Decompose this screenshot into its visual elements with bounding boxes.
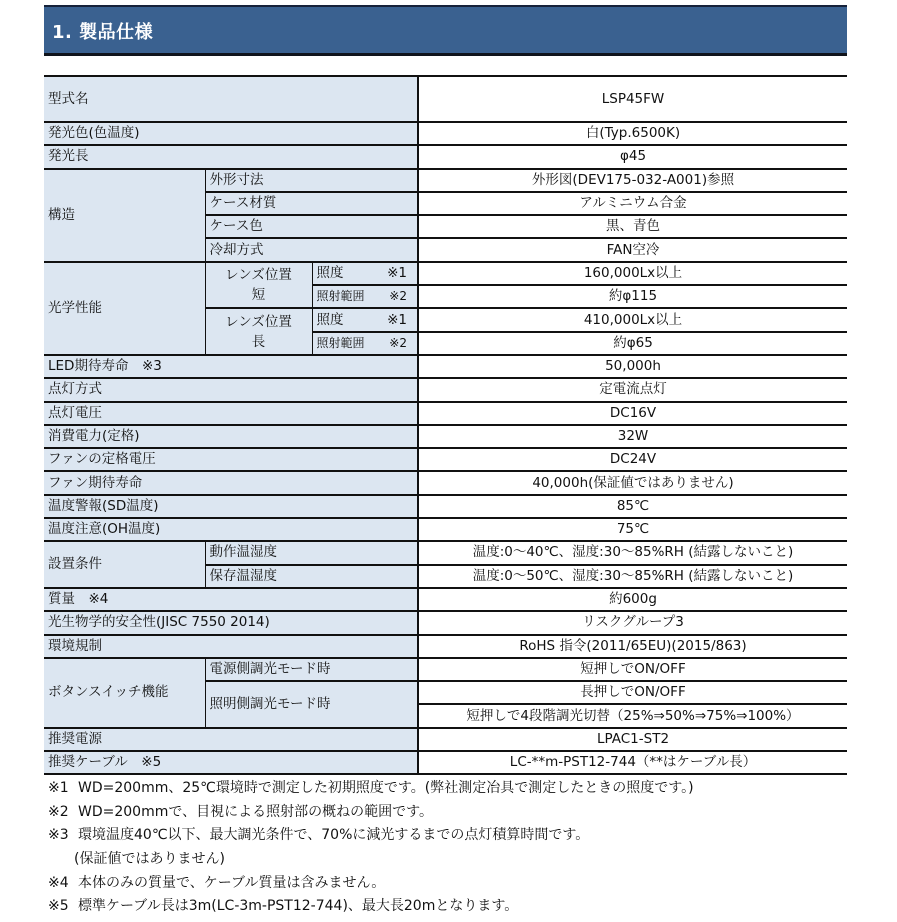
- footnote: ※1WD=200mm、25℃環境時で測定した初期照度です。(弊社測定冶具で測定し…: [48, 777, 694, 801]
- note-mark: ※2: [389, 287, 413, 306]
- row-label: 照射範囲※2: [312, 285, 418, 308]
- row-value: リスクグループ3: [418, 611, 847, 634]
- footnote-mark: ※2: [48, 801, 78, 825]
- row-value: 約φ65: [418, 332, 847, 355]
- row-label: 温度注意(OH温度): [44, 518, 418, 541]
- row-label: 照度※1: [312, 308, 418, 331]
- row-value: 85℃: [418, 495, 847, 518]
- footnote: ※4本体のみの質量で、ケーブル質量は含みません。: [48, 872, 694, 896]
- row-label: 保存温湿度: [205, 565, 418, 588]
- table-row: 点灯電圧DC16V: [44, 402, 847, 425]
- footnote: ※5標準ケーブル長は3m(LC-3m-PST12-744)、最大長20mとなりま…: [48, 895, 694, 919]
- row-value: 160,000Lx以上: [418, 262, 847, 285]
- table-row: LED期待寿命 ※350,000h: [44, 355, 847, 378]
- table-row: 温度注意(OH温度)75℃: [44, 518, 847, 541]
- footnote: ※3環境温度40℃以下、最大調光条件で、70%に減光するまでの点灯積算時間です。: [48, 824, 694, 848]
- row-label: 照明側調光モード時: [205, 681, 418, 728]
- row-label: ケース材質: [205, 192, 418, 215]
- row-value: DC16V: [418, 402, 847, 425]
- table-row: 環境規制RoHS 指令(2011/65EU)(2015/863): [44, 635, 847, 658]
- footnote-text: 標準ケーブル長は3m(LC-3m-PST12-744)、最大長20mとなります。: [78, 898, 518, 914]
- table-row: 質量 ※4約600g: [44, 588, 847, 611]
- footnote-text: WD=200mmで、目視による照射部の概ねの範囲です。: [78, 804, 433, 820]
- row-value: 短押しでON/OFF: [418, 658, 847, 681]
- row-label-model: 型式名: [44, 76, 418, 122]
- group-label-optical: 光学性能: [44, 262, 205, 355]
- table-row: 推奨電源LPAC1-ST2: [44, 728, 847, 751]
- footnote-text: WD=200mm、25℃環境時で測定した初期照度です。(弊社測定冶具で測定したと…: [78, 780, 694, 796]
- row-label: ファン期待寿命: [44, 471, 418, 494]
- row-value: φ45: [418, 145, 847, 168]
- note-mark: ※1: [387, 311, 413, 330]
- row-label: 推奨電源: [44, 728, 418, 751]
- row-value: DC24V: [418, 448, 847, 471]
- row-label: 点灯方式: [44, 378, 418, 401]
- row-value: FAN空冷: [418, 238, 847, 261]
- lens-position-long: レンズ位置長: [205, 308, 312, 355]
- footnote-text: 本体のみの質量で、ケーブル質量は含みません。: [78, 875, 385, 891]
- row-value: 約600g: [418, 588, 847, 611]
- row-value: 温度:0～50℃、湿度:30～85%RH (結露しないこと): [418, 565, 847, 588]
- footnote-mark: ※4: [48, 872, 78, 896]
- row-value: LC-**m-PST12-744（**はケーブル長）: [418, 751, 847, 774]
- row-value: アルミニウム合金: [418, 192, 847, 215]
- row-value: 短押しで4段階調光切替（25%⇒50%⇒75%⇒100%）: [418, 704, 847, 727]
- footnote-mark: ※1: [48, 777, 78, 801]
- row-value: 外形図(DEV175-032-A001)参照: [418, 169, 847, 192]
- table-row: 光学性能 レンズ位置短 照度※1 160,000Lx以上: [44, 262, 847, 285]
- row-label: ファンの定格電圧: [44, 448, 418, 471]
- section-title: 1. 製品仕様: [52, 18, 153, 44]
- row-value: 白(Typ.6500K): [418, 122, 847, 145]
- row-label: 質量 ※4: [44, 588, 418, 611]
- row-label-text: 照度: [317, 312, 344, 328]
- row-value-model: LSP45FW: [418, 76, 847, 122]
- row-label: 発光色(色温度): [44, 122, 418, 145]
- table-row: ボタンスイッチ機能 電源側調光モード時 短押しでON/OFF: [44, 658, 847, 681]
- table-row: 構造 外形寸法 外形図(DEV175-032-A001)参照: [44, 169, 847, 192]
- row-label-text: 照射範囲: [317, 336, 365, 350]
- row-label: 光生物学的安全性(JISC 7550 2014): [44, 611, 418, 634]
- row-value: 黒、青色: [418, 215, 847, 238]
- row-label: LED期待寿命 ※3: [44, 355, 418, 378]
- row-value: 40,000h(保証値ではありません): [418, 471, 847, 494]
- row-value: 長押しでON/OFF: [418, 681, 847, 704]
- table-row: 型式名 LSP45FW: [44, 76, 847, 122]
- row-label-text: 照度: [317, 265, 344, 281]
- row-label-text: 照射範囲: [317, 289, 365, 303]
- row-label: 照度※1: [312, 262, 418, 285]
- footnote: ※2WD=200mmで、目視による照射部の概ねの範囲です。: [48, 801, 694, 825]
- row-value: 410,000Lx以上: [418, 308, 847, 331]
- table-row: 発光色(色温度) 白(Typ.6500K): [44, 122, 847, 145]
- table-row: 設置条件 動作温湿度 温度:0～40℃、湿度:30～85%RH (結露しないこと…: [44, 541, 847, 564]
- table-row: ファンの定格電圧DC24V: [44, 448, 847, 471]
- table-row: 消費電力(定格)32W: [44, 425, 847, 448]
- row-label: 動作温湿度: [205, 541, 418, 564]
- lens-position-label: レンズ位置短: [219, 265, 299, 305]
- footnote-mark: ※5: [48, 895, 78, 919]
- row-label: 電源側調光モード時: [205, 658, 418, 681]
- row-value: 75℃: [418, 518, 847, 541]
- group-label-install: 設置条件: [44, 541, 205, 588]
- footnotes: ※1WD=200mm、25℃環境時で測定した初期照度です。(弊社測定冶具で測定し…: [48, 777, 694, 919]
- row-label: 点灯電圧: [44, 402, 418, 425]
- footnote-text: 環境温度40℃以下、最大調光条件で、70%に減光するまでの点灯積算時間です。: [78, 827, 589, 843]
- spec-table: 型式名 LSP45FW 発光色(色温度) 白(Typ.6500K) 発光長 φ4…: [44, 75, 847, 775]
- row-value: LPAC1-ST2: [418, 728, 847, 751]
- row-label: 推奨ケーブル ※5: [44, 751, 418, 774]
- group-label-structure: 構造: [44, 169, 205, 262]
- footnote-text: (保証値ではありません): [74, 851, 225, 867]
- footnote-mark: ※3: [48, 824, 78, 848]
- row-value: 約φ115: [418, 285, 847, 308]
- row-label: 発光長: [44, 145, 418, 168]
- lens-position-short: レンズ位置短: [205, 262, 312, 309]
- table-row: ファン期待寿命40,000h(保証値ではありません): [44, 471, 847, 494]
- row-label: 照射範囲※2: [312, 332, 418, 355]
- row-value: 32W: [418, 425, 847, 448]
- lens-position-label: レンズ位置長: [219, 312, 299, 352]
- row-value: 温度:0～40℃、湿度:30～85%RH (結露しないこと): [418, 541, 847, 564]
- note-mark: ※1: [387, 264, 413, 283]
- row-label: 冷却方式: [205, 238, 418, 261]
- footnote-continuation: (保証値ではありません): [48, 848, 694, 872]
- row-label: 温度警報(SD温度): [44, 495, 418, 518]
- section-header: 1. 製品仕様: [44, 5, 847, 56]
- row-value: 定電流点灯: [418, 378, 847, 401]
- table-row: 点灯方式定電流点灯: [44, 378, 847, 401]
- table-row: 温度警報(SD温度)85℃: [44, 495, 847, 518]
- note-mark: ※2: [389, 334, 413, 353]
- table-row: 発光長 φ45: [44, 145, 847, 168]
- row-value: 50,000h: [418, 355, 847, 378]
- group-label-button: ボタンスイッチ機能: [44, 658, 205, 728]
- row-label: 外形寸法: [205, 169, 418, 192]
- row-label: 消費電力(定格): [44, 425, 418, 448]
- row-value: RoHS 指令(2011/65EU)(2015/863): [418, 635, 847, 658]
- table-row: 光生物学的安全性(JISC 7550 2014)リスクグループ3: [44, 611, 847, 634]
- table-row: 推奨ケーブル ※5LC-**m-PST12-744（**はケーブル長）: [44, 751, 847, 774]
- row-label: 環境規制: [44, 635, 418, 658]
- row-label: ケース色: [205, 215, 418, 238]
